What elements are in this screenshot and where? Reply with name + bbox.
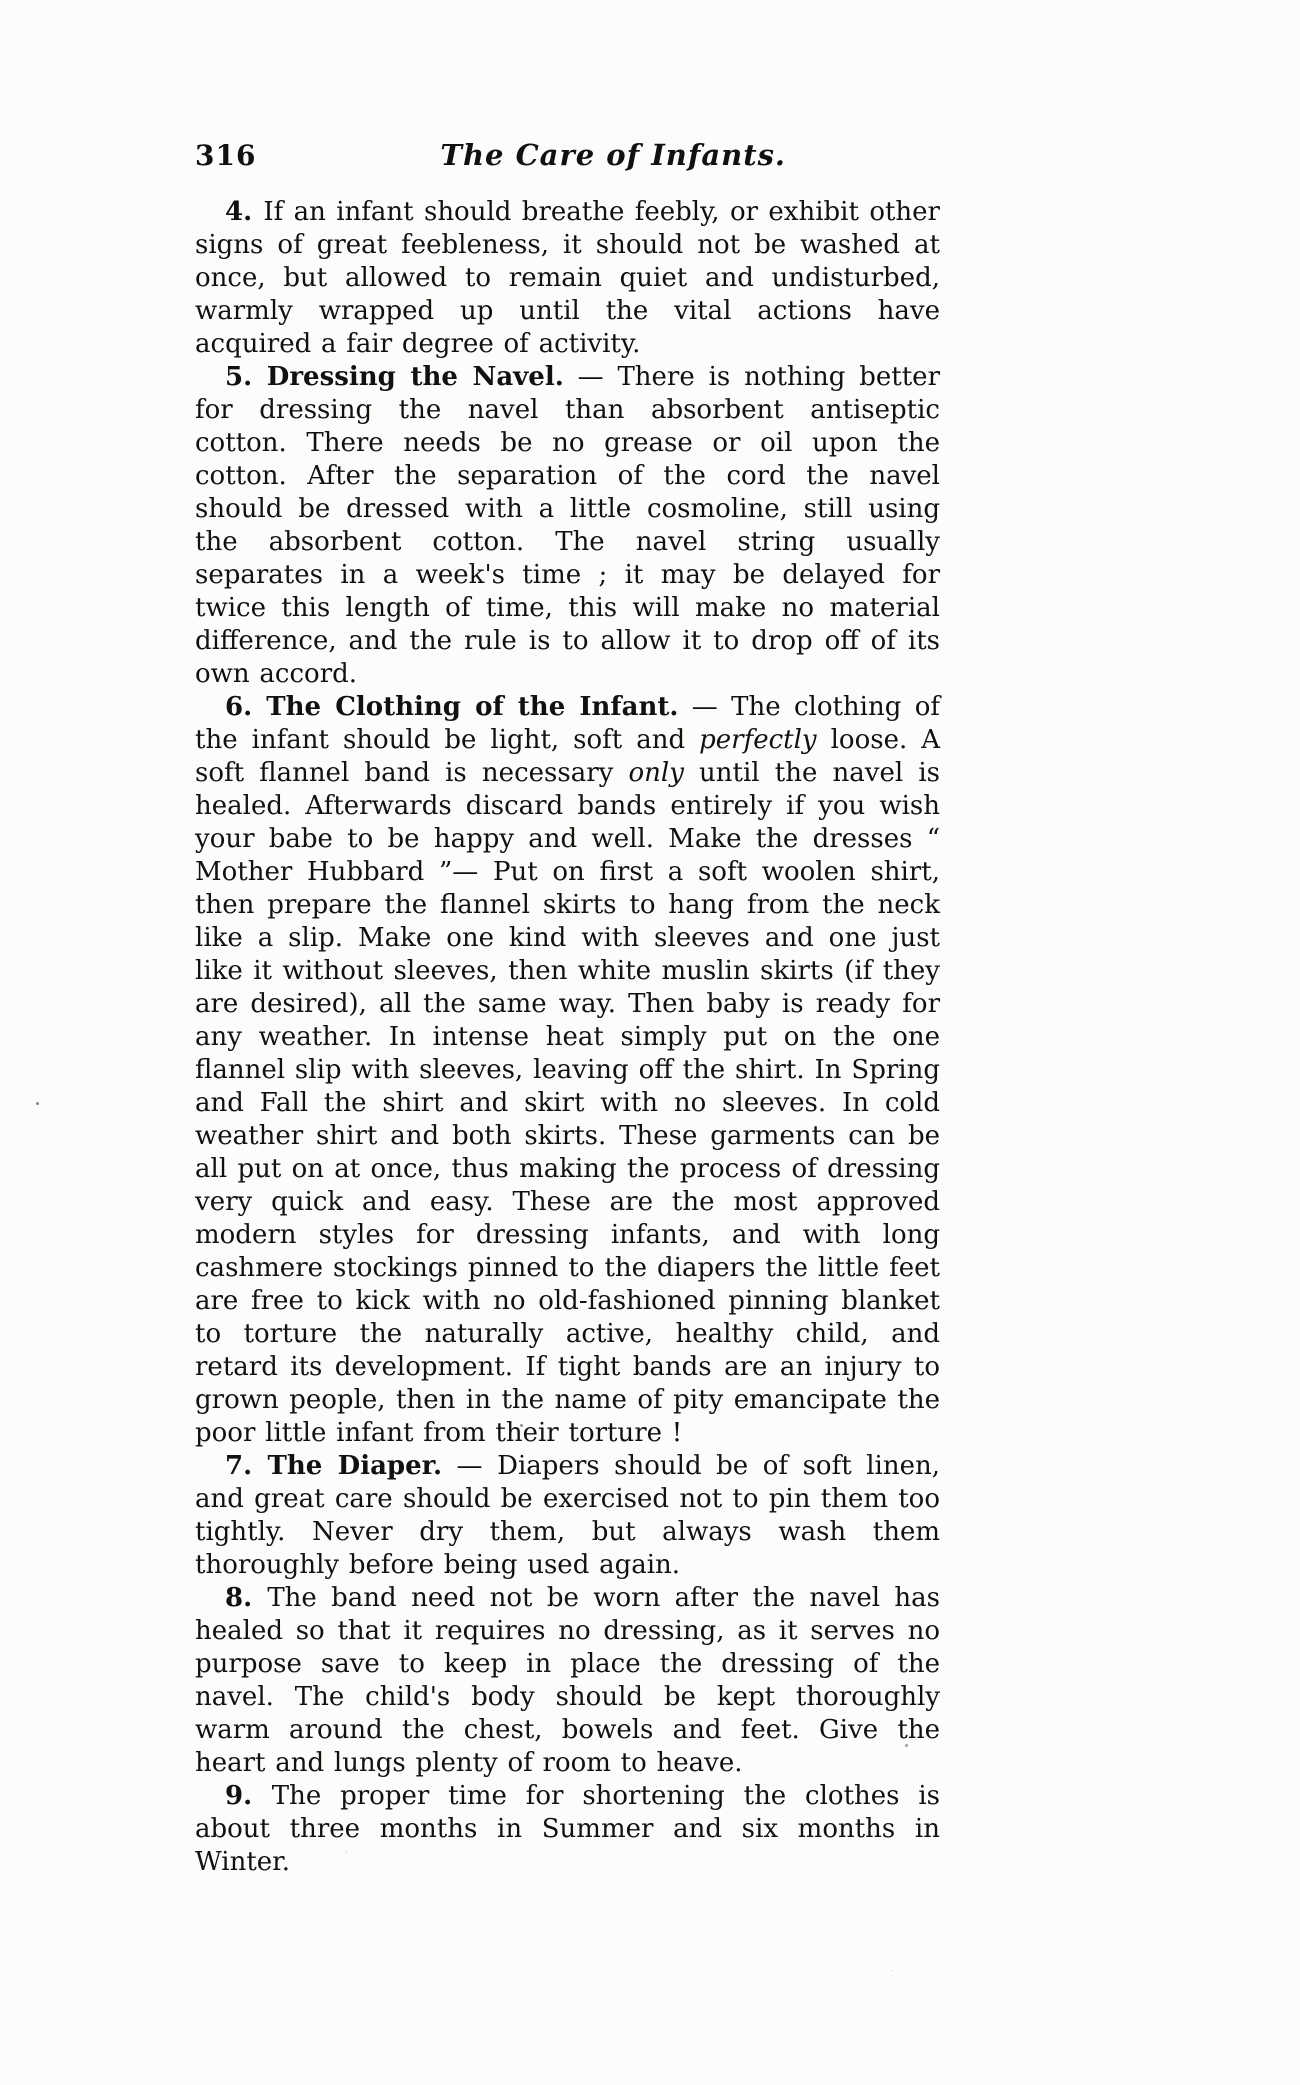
page-number: 316 bbox=[195, 139, 256, 172]
text-segment-num: 6. bbox=[225, 692, 266, 722]
paragraph-7-the-diaper: 7. The Diaper. — Diapers should be of so… bbox=[195, 1450, 940, 1582]
text-segment-num: 9. bbox=[225, 1781, 272, 1811]
text-segment-num: 5. bbox=[225, 362, 267, 392]
paragraph-9-shortening-clothes: 9. The proper time for shortening the cl… bbox=[195, 1780, 940, 1879]
text-segment-plain: The band need not be worn after the nave… bbox=[195, 1583, 940, 1778]
text-segment-head: The Diaper. bbox=[268, 1451, 443, 1481]
text-segment-italic: only bbox=[628, 758, 683, 788]
text-segment-plain: — There is nothing better for dressing t… bbox=[195, 362, 940, 689]
paragraph-6-clothing-of-the-infant: 6. The Clothing of the Infant. — The clo… bbox=[195, 691, 940, 1450]
paragraph-8-the-band: 8. The band need not be worn after the n… bbox=[195, 1582, 940, 1780]
page-body-text: 4. If an infant should breathe feebly, o… bbox=[195, 196, 940, 1879]
text-segment-italic: perfectly bbox=[699, 725, 816, 755]
running-head: 316 The Care of Infants. bbox=[195, 138, 940, 172]
book-page-scan: 316 The Care of Infants. 4. If an infant… bbox=[0, 0, 1300, 2085]
scan-noise-specks bbox=[520, 1424, 523, 1427]
text-segment-plain: If an infant should breathe feebly, or e… bbox=[195, 197, 940, 359]
text-segment-plain: until the navel is healed. Afterwards di… bbox=[195, 758, 940, 1448]
paragraph-5-dressing-the-navel: 5. Dressing the Navel. — There is nothin… bbox=[195, 361, 940, 691]
text-segment-num: 7. bbox=[225, 1451, 268, 1481]
text-segment-head: The Clothing of the Infant. bbox=[266, 692, 678, 722]
text-segment-num: 4. bbox=[225, 197, 263, 227]
text-segment-head: Dressing the Navel. bbox=[267, 362, 564, 392]
paragraph-4: 4. If an infant should breathe feebly, o… bbox=[195, 196, 940, 361]
text-segment-plain: The proper time for shortening the cloth… bbox=[195, 1781, 940, 1877]
running-title: The Care of Infants. bbox=[256, 138, 940, 172]
text-segment-num: 8. bbox=[225, 1583, 267, 1613]
